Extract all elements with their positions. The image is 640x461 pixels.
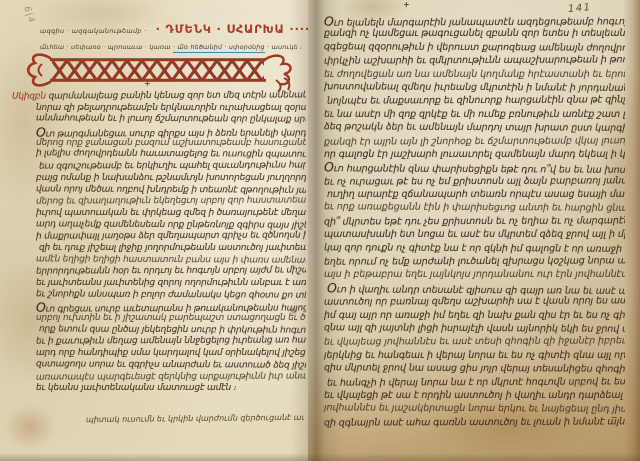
manuscript-text-line: եւ հանգչի ի վերայ նորա նա է որ մկրտէ հոգ… xyxy=(324,375,625,390)
manuscript-text-line: Օւո թարգմանեցաւ սուրբ գիրքս այս ի ձեռն ե… xyxy=(36,125,306,138)
manuscript-text-line: այս ի բեթաբրա եղեւ յայնկոյս յորդանանու ո… xyxy=(324,268,625,281)
manuscript-text-line: բայց ոմանք ի նախանձու թշնամւոյն խոտորեցա… xyxy=(36,173,306,185)
manuscript-text-line: արդ որք հանդիպիք սմա կարդալով կամ օրինակ… xyxy=(36,348,306,360)
manuscript-text-line: յերկնից եւ հանգեաւ ի վերայ նորա եւ ես ոչ… xyxy=(324,349,625,362)
header-rubric-note: ազգիս · ազգականութեամբ · xyxy=(40,27,147,35)
manuscript-text-line: երրորդութեանն հօր եւ որդւոյ եւ հոգւոյն ս… xyxy=(36,266,306,279)
ornamental-headband xyxy=(26,50,296,94)
manuscript-text-line: եւ ոչ ուրացաւ թէ ես ոչ եմ քրիստոսն այլ ձ… xyxy=(324,174,625,189)
manuscript-spread: 6|4 ազգիս · ազգականութեամբ · · ԴՄԵՆԿ · Ս… xyxy=(0,0,640,461)
manuscript-text-line: քանզի ոչ կամեցաւ թագուցանել զբանն զոր ետ… xyxy=(324,27,625,40)
manuscript-text-line: զի եւ դուք յիշեալ լիջիք յողորմութեանն աս… xyxy=(36,243,306,255)
small-cross-mark: + xyxy=(403,0,410,9)
manuscript-text-line: եւ նա ասէր մի զոք զրկէք եւ մի ումեք բռնո… xyxy=(324,108,625,121)
manuscript-text-line: որ գալոցն էր յաշխարհ լուսաւորել զամենայն… xyxy=(324,148,625,161)
manuscript-text-line: եւ վկայեաց յովհաննէս եւ ասէ տեսի զհոգին … xyxy=(324,335,625,350)
manuscript-text-line: Օւո գրեցաւ սուրբ աւետարանս ի թուականութե… xyxy=(36,301,306,314)
manuscript-text-line: ձեզ թոշակն ձեր եւ ամենայն մարդոյ տայր խր… xyxy=(324,120,625,135)
header-line: ազգիս · ազգականութեամբ · · ԴՄԵՆԿ · ՍՀԱՐԽ… xyxy=(40,22,308,36)
manuscript-text-line: յովհաննէս եւ յաշակերտացն նորա երկու եւ ն… xyxy=(324,402,625,417)
manuscript-text-line: Օւո ելանելն մարգարէին յանապատէն ազդեցութ… xyxy=(324,13,625,28)
red-title-text: · ԴՄԵՆԿ · ՍՀԱՐԽԱ ······ xyxy=(156,22,308,36)
manuscript-text-line: եւ ի քաւութիւն մեղաց ամենայն ննջեցելոց ի… xyxy=(36,336,306,349)
colophon-line: պիտակ ուսումն եւ կրկին վարժումն զերծուցա… xyxy=(86,413,304,424)
left-page-text-block: Սկիզբն զարմանալեաց բանին կենաց զոր ետ մե… xyxy=(36,91,306,395)
small-cross-mark: + xyxy=(144,79,151,88)
manuscript-text-line: զի զգնայրն ասէ ահա գառնն աստուծոյ եւ լու… xyxy=(324,415,625,430)
manuscript-text-line: իւրով պատուական եւ փրկեաց զմեզ ի ծառայու… xyxy=(36,208,306,220)
manuscript-text-line: եւս զգուշութեամբ եւ երկիւղիւ պահել զաւան… xyxy=(36,161,306,174)
manuscript-text-line: եւ յաւիտեանս յաւիտենից զորոյ ողորմութիւն… xyxy=(36,278,306,290)
manuscript-text-line: Սկիզբն զարմանալեաց բանին կենաց զոր ետ մե… xyxy=(12,90,306,103)
manuscript-text-line: եղեւ որում ոչ եմք արժանի լուծանել զխրացս… xyxy=(324,254,625,269)
manuscript-text-line: եւ կեանս յաւիտենականս մատուսցէ ամէն ։ xyxy=(36,383,306,395)
manuscript-text-line: եւ որք առաքեցանն էին ի փարիսեցւոց անտի ե… xyxy=(324,201,625,216)
manuscript-text-line: եւ ժողովեցան առ նա ամենայն կողմանք հրէաս… xyxy=(324,68,625,81)
manuscript-text-line: սրբոյ ուխտին եւ ի յիշատակ բարեպաշտ ստացո… xyxy=(36,313,306,325)
manuscript-text-line: պատասխանի ետ նոցա եւ ասէ ես մկրտեմ զձեզ … xyxy=(324,228,625,241)
stain xyxy=(4,404,56,450)
manuscript-text-line: փրկչին աշխարհի եւ զմկրտութիւնն ապաշխարու… xyxy=(324,54,625,69)
manuscript-text-line: իմ գայ այր որ առաջի իմ եղեւ զի նախ քան զ… xyxy=(324,309,625,322)
manuscript-text-line: առատապէս պարգեւեսցէ զերկնից արքայութիւնն… xyxy=(36,371,306,384)
red-ink-lead-word: Սկիզբն xyxy=(12,91,46,101)
manuscript-text-line: քանզի էր այրն այն լի շնորհօք եւ ճշմարտու… xyxy=(324,134,625,149)
right-page: + 141 Օւո ելանելն մարգարէին յանապատէն ազ… xyxy=(308,0,640,461)
manuscript-text-line: զստացողս սորա եւ զգրիչս անարժան եւ աստու… xyxy=(36,359,306,372)
right-page-text-block: Օւո ելանելն մարգարէին յանապատէն ազդեցութ… xyxy=(324,14,625,429)
manuscript-text-line: ի մաքրափայլ յաղօթս ձեր զմեղապարտ գրիչս ե… xyxy=(36,231,306,244)
folio-pencil-mark: 6|4 xyxy=(21,5,36,25)
left-page: 6|4 ազգիս · ազգականութեամբ · · ԴՄԵՆԿ · Ս… xyxy=(0,0,308,461)
manuscript-text-line: նոյնպէս եւ մաքսաւորք եւ զինուորք հարցանէ… xyxy=(324,94,625,109)
manuscript-text-line: զի՞ մկրտես եթէ դու չես քրիստոսն եւ ոչ եղ… xyxy=(324,214,625,229)
manuscript-text-line: մերոց եւ զխաղաղութիւն եկեղեցւոյ սրբոյ զո… xyxy=(36,196,306,209)
manuscript-text-line: աստուծոյ որ բառնայ զմեղս աշխարհի սա է վա… xyxy=(324,295,625,310)
manuscript-text-line: եւ վկայեցի թէ սա է որդին աստուծոյ ի վաղի… xyxy=(324,389,625,402)
manuscript-text-line: զիս մկրտել ջրով նա ասաց ցիս յոյր վերայ տ… xyxy=(324,361,625,376)
manuscript-text-line: Օւո հարցանէին զնա փարիսեցիքն եթէ դու ո՞վ… xyxy=(324,161,625,176)
